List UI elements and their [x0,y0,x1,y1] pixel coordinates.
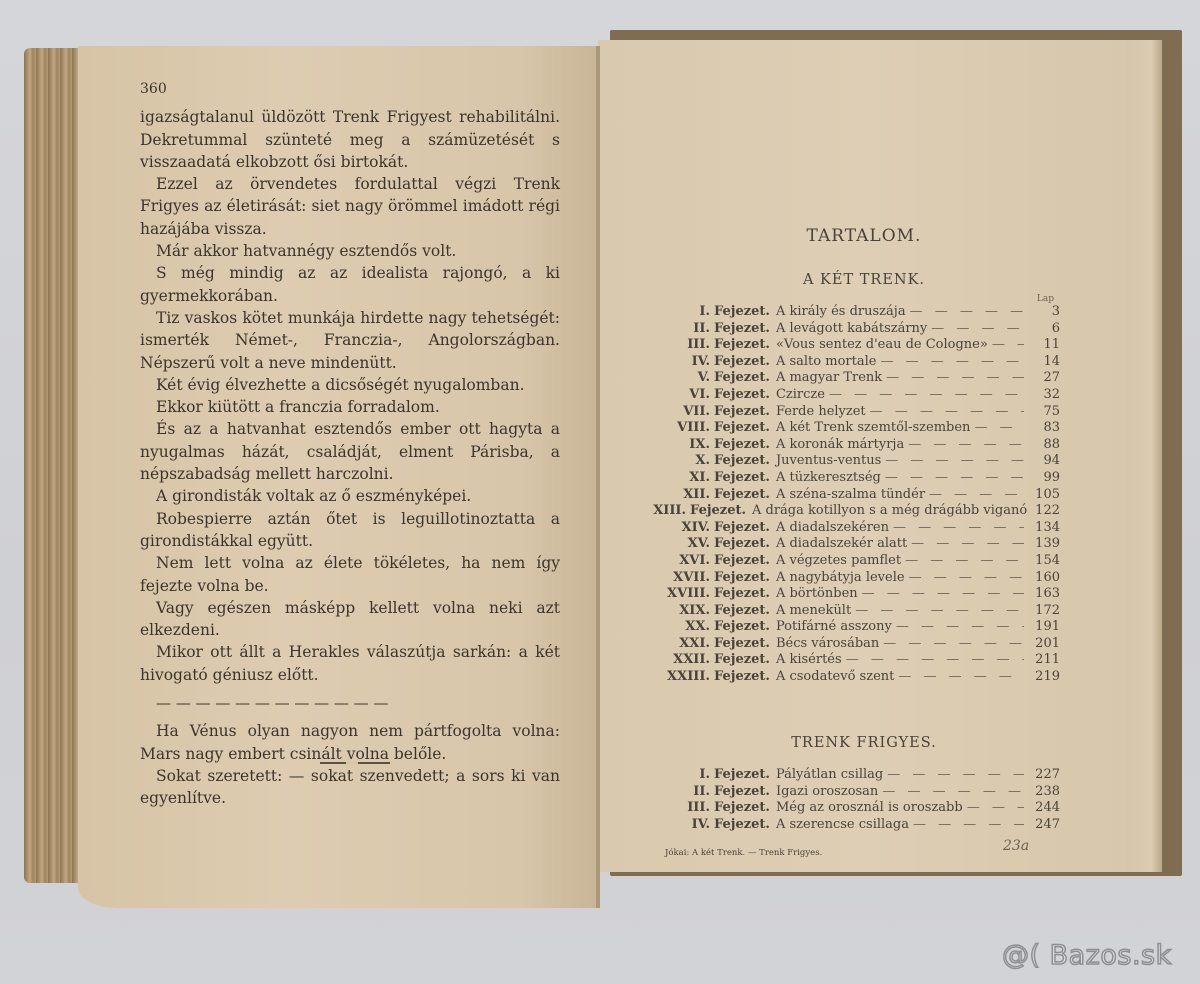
toc-row: II.Fejezet.A levágott kabátszárny— — — —… [640,321,1060,338]
watermark-logo: @( Bazos.sk [1002,940,1172,971]
chapter-label: Fejezet. [714,619,770,634]
chapter-number: X. [640,453,710,468]
section-heading: TRENK FRIGYES. [668,735,1060,751]
paragraph: És az a hatvanhat esztendős ember ott ha… [140,418,560,485]
chapter-page: 160 [1028,570,1060,585]
open-book: 360 igazságtalanul üldözött Trenk Frigye… [0,0,1200,984]
paragraph: Vagy egészen másképp kellett volna neki … [140,597,560,642]
chapter-title: A kisértés [776,652,842,667]
chapter-number: VIII. [640,420,710,435]
toc-row: XVIII.Fejezet.A börtönben— — — — — — — —… [640,586,1060,603]
chapter-page: 227 [1028,767,1060,782]
dot-leader: — — — — — — — — — — — — — — — [870,404,1024,419]
toc-row: VIII.Fejezet.A két Trenk szemtől-szemben… [640,420,1060,437]
toc-row: I.Fejezet.A király és druszája— — — — — … [640,304,1060,321]
chapter-title: Potifárné asszony [776,619,892,634]
signature-mark: 23a [1003,838,1029,854]
chapter-page: 191 [1028,619,1060,634]
toc-row: II.Fejezet.Igazi oroszosan— — — — — — — … [640,784,1060,801]
dash-separator: — — — — — — — — — — — — [156,692,560,714]
chapter-page: 219 [1028,669,1060,684]
chapter-number: IV. [640,354,710,369]
chapter-number: XIX. [640,603,710,618]
toc-row: VII.Fejezet.Ferde helyzet— — — — — — — —… [640,404,1060,421]
dot-leader: — — — — — — — — — — — — — — — [886,370,1024,385]
chapter-page: 134 [1028,520,1060,535]
dot-leader: — — — — — — — — — — — — — — — [931,321,1024,336]
paragraph: Ekkor kiütött a franczia forradalom. [140,396,560,418]
toc-row: XXII.Fejezet.A kisértés— — — — — — — — —… [640,652,1060,669]
chapter-title: A menekült [776,603,851,618]
chapter-title: A csodatevő szent [776,669,894,684]
chapter-page: 211 [1028,652,1060,667]
paragraph: Két évig élvezhette a dicsőségét nyugalo… [140,374,560,396]
paragraph: Sokat szeretett: — sokat szenvedett; a s… [140,765,560,810]
chapter-list: I.Fejezet.A király és druszája— — — — — … [640,304,1060,686]
chapter-number: XXI. [640,636,710,651]
chapter-title: A széna-szalma tündér [776,487,925,502]
toc-row: XVI.Fejezet.A végzetes pamflet— — — — — … [640,553,1060,570]
chapter-number: IX. [640,437,710,452]
chapter-title: A magyar Trenk [776,370,882,385]
dot-leader: — — — — — — — — — — — — — — — [880,354,1024,369]
chapter-title: A király és druszája [776,304,906,319]
chapter-title: A börtönben [776,586,858,601]
toc-row: IV.Fejezet.A szerencse csillaga— — — — —… [640,817,1060,834]
chapter-title: A drága kotillyon s a még drágább viganó [752,503,1027,518]
chapter-title: A tüzkeresztség [776,470,881,485]
dot-leader: — — — — — — — — — — — — — — — [913,817,1024,832]
dot-leader: — — — — — — — — — — — — — — — [882,784,1024,799]
chapter-label: Fejezet. [714,487,770,502]
chapter-title: Még az orosznál is oroszabb [776,800,963,815]
chapter-number: XI. [640,470,710,485]
toc-row: V.Fejezet.A magyar Trenk— — — — — — — — … [640,370,1060,387]
dot-leader: — — — — — — — — — — — — — — — [905,553,1024,568]
chapter-title: A szerencse csillaga [776,817,909,832]
table-of-contents: TARTALOM. A KÉT TRENK. Lap I.Fejezet.A k… [640,220,1060,686]
chapter-title: A koronák mártyrja [776,437,904,452]
toc-row: XIV.Fejezet.A diadalszekéren— — — — — — … [640,520,1060,537]
chapter-page: 244 [1028,800,1060,815]
dot-leader: — — — — — — — — — — — — — — — [967,800,1024,815]
toc-row: XX.Fejezet.Potifárné asszony— — — — — — … [640,619,1060,636]
toc-row: IV.Fejezet.A salto mortale— — — — — — — … [640,354,1060,371]
chapter-page: 94 [1028,453,1060,468]
paragraph: Tiz vaskos kötet munkája hirdette nagy t… [140,307,560,374]
dot-leader: — — — — — — — — — — — — — — — [908,437,1024,452]
chapter-label: Fejezet. [714,553,770,568]
chapter-page: 105 [1028,487,1060,502]
chapter-number: V. [640,370,710,385]
chapter-label: Fejezet. [714,817,770,832]
chapter-title: A diadalszekér alatt [776,536,907,551]
chapter-number: I. [640,767,710,782]
chapter-number: XVII. [640,570,710,585]
book-gutter [596,46,600,908]
chapter-title: Ferde helyzet [776,404,866,419]
chapter-number: IV. [640,817,710,832]
toc-row: XXIII.Fejezet.A csodatevő szent— — — — —… [640,669,1060,686]
chapter-label: Fejezet. [714,321,770,336]
footer-signature: Jókai: A két Trenk. — Trenk Frigyes. [665,848,822,858]
chapter-label: Fejezet. [714,800,770,815]
chapter-title: «Vous sentez d'eau de Cologne» [776,337,988,352]
toc-row: XVII.Fejezet.A nagybátyja levele— — — — … [640,570,1060,587]
dot-leader: — — — — — — — — — — — — — — — [887,767,1024,782]
chapter-page: 3 [1028,304,1060,319]
chapter-number: XVIII. [640,586,710,601]
paragraph: Ha Vénus olyan nagyon nem pártfogolta vo… [140,720,560,765]
chapter-label: Fejezet. [714,603,770,618]
toc-title: TARTALOM. [668,226,1060,246]
chapter-page: 6 [1028,321,1060,336]
dot-leader: — — — — — — — — — — — — — — — [896,619,1024,634]
paragraph: Ezzel az örvendetes fordulattal végzi Tr… [140,173,560,240]
chapter-label: Fejezet. [714,520,770,535]
left-page-edges [24,48,82,883]
chapter-label: Fejezet. [690,503,746,518]
chapter-page: 27 [1028,370,1060,385]
chapter-title: A salto mortale [776,354,876,369]
chapter-label: Fejezet. [714,304,770,319]
end-ornament [320,762,390,766]
right-page-edges [1126,40,1162,872]
chapter-number: XX. [640,619,710,634]
chapter-number: II. [640,321,710,336]
chapter-title: A két Trenk szemtől-szemben [776,420,970,435]
chapter-page: 11 [1028,337,1060,352]
chapter-label: Fejezet. [714,387,770,402]
chapter-title: Czircze [776,387,825,402]
dot-leader: — — — — — — — — — — — — — — — [929,487,1024,502]
chapter-page: 139 [1028,536,1060,551]
chapter-title: A diadalszekéren [776,520,889,535]
chapter-label: Fejezet. [714,370,770,385]
chapter-title: Pályátlan csillag [776,767,883,782]
chapter-title: Juventus-ventus [776,453,881,468]
chapter-label: Fejezet. [714,784,770,799]
chapter-number: XVI. [640,553,710,568]
chapter-number: XIV. [640,520,710,535]
dot-leader: — — — — — — — — — — — — — — — [893,520,1024,535]
chapter-number: XIII. [640,503,686,518]
chapter-number: VII. [640,404,710,419]
toc-row: IX.Fejezet.A koronák mártyrja— — — — — —… [640,437,1060,454]
dot-leader: — — — — — — — — — — — — — — — [911,536,1024,551]
dot-leader: — — — — — — — — — — — — — — — [898,669,1024,684]
toc-row: X.Fejezet.Juventus-ventus— — — — — — — —… [640,453,1060,470]
toc-row: XIX.Fejezet.A menekült— — — — — — — — — … [640,603,1060,620]
chapter-label: Fejezet. [714,767,770,782]
chapter-label: Fejezet. [714,536,770,551]
toc-row: XII.Fejezet.A széna-szalma tündér— — — —… [640,487,1060,504]
toc-row: XI.Fejezet.A tüzkeresztség— — — — — — — … [640,470,1060,487]
chapter-page: 172 [1028,603,1060,618]
paragraph: Robespierre aztán őtet is leguillotinozt… [140,508,560,553]
dot-leader: — — — — — — — — — — — — — — — [974,420,1024,435]
chapter-title: Bécs városában [776,636,879,651]
chapter-number: XV. [640,536,710,551]
paragraph: Nem lett volna az élete tökéletes, ha ne… [140,552,560,597]
chapter-label: Fejezet. [714,669,770,684]
chapter-page: 32 [1028,387,1060,402]
chapter-number: III. [640,337,710,352]
chapter-title: Igazi oroszosan [776,784,878,799]
paragraph: A girondisták voltak az ő eszményképei. [140,485,560,507]
chapter-number: VI. [640,387,710,402]
chapter-number: II. [640,784,710,799]
chapter-title: A végzetes pamflet [776,553,901,568]
chapter-label: Fejezet. [714,420,770,435]
dot-leader: — — — — — — — — — — — — — — — [885,453,1024,468]
chapter-page: 14 [1028,354,1060,369]
chapter-page: 99 [1028,470,1060,485]
chapter-page: 75 [1028,404,1060,419]
chapter-label: Fejezet. [714,470,770,485]
chapter-label: Fejezet. [714,354,770,369]
toc-row: III.Fejezet.«Vous sentez d'eau de Cologn… [640,337,1060,354]
paragraph: Mikor ott állt a Herakles válaszútja sar… [140,641,560,686]
toc-row: XXI.Fejezet.Bécs városában— — — — — — — … [640,636,1060,653]
chapter-label: Fejezet. [714,586,770,601]
chapter-page: 238 [1028,784,1060,799]
paragraph: S még mindig az az idealista rajongó, a … [140,262,560,307]
chapter-page: 163 [1028,586,1060,601]
chapter-page: 88 [1028,437,1060,452]
left-page-text: 360 igazságtalanul üldözött Trenk Frigye… [140,78,560,810]
chapter-page: 154 [1028,553,1060,568]
chapter-label: Fejezet. [714,570,770,585]
toc-row: I.Fejezet.Pályátlan csillag— — — — — — —… [640,767,1060,784]
dot-leader: — — — — — — — — — — — — — — — [910,304,1024,319]
chapter-page: 83 [1028,420,1060,435]
dot-leader: — — — — — — — — — — — — — — — [855,603,1024,618]
chapter-label: Fejezet. [714,437,770,452]
chapter-page: 247 [1028,817,1060,832]
dot-leader: — — — — — — — — — — — — — — — [862,586,1024,601]
chapter-label: Fejezet. [714,404,770,419]
chapter-label: Fejezet. [714,337,770,352]
toc-section-2: TRENK FRIGYES. I.Fejezet.Pályátlan csill… [640,735,1060,833]
chapter-page: 201 [1028,636,1060,651]
page-column-label: Lap [640,294,1054,304]
toc-row: XV.Fejezet.A diadalszekér alatt— — — — —… [640,536,1060,553]
dot-leader: — — — — — — — — — — — — — — — [909,570,1024,585]
chapter-list: I.Fejezet.Pályátlan csillag— — — — — — —… [640,767,1060,833]
chapter-label: Fejezet. [714,636,770,651]
toc-row: III.Fejezet.Még az orosznál is oroszabb—… [640,800,1060,817]
toc-row: XIII.Fejezet.A drága kotillyon s a még d… [640,503,1060,520]
chapter-number: XXII. [640,652,710,667]
chapter-number: I. [640,304,710,319]
chapter-title: A nagybátyja levele [776,570,905,585]
chapter-number: XXIII. [640,669,710,684]
dot-leader: — — — — — — — — — — — — — — — [829,387,1024,402]
chapter-page: 122 [1035,503,1060,518]
chapter-label: Fejezet. [714,652,770,667]
dot-leader: — — — — — — — — — — — — — — — [846,652,1024,667]
dot-leader: — — — — — — — — — — — — — — — [992,337,1024,352]
paragraph: igazságtalanul üldözött Trenk Frigyest r… [140,106,560,173]
page-number: 360 [140,78,560,100]
paragraph: Már akkor hatvannégy esztendős volt. [140,240,560,262]
dot-leader: — — — — — — — — — — — — — — — [885,470,1024,485]
chapter-title: A levágott kabátszárny [776,321,927,336]
dot-leader: — — — — — — — — — — — — — — — [883,636,1024,651]
chapter-label: Fejezet. [714,453,770,468]
section-heading: A KÉT TRENK. [668,272,1060,288]
toc-row: VI.Fejezet.Czircze— — — — — — — — — — — … [640,387,1060,404]
chapter-number: XII. [640,487,710,502]
chapter-number: III. [640,800,710,815]
